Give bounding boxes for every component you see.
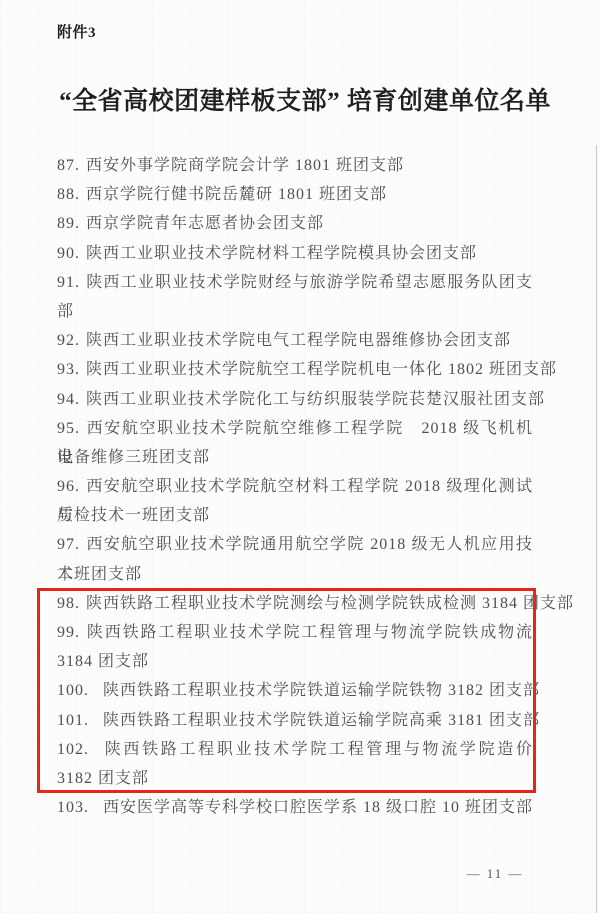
list-item-99-cont: 3184 团支部 — [57, 647, 533, 676]
list-item-95-cont: 设备维修三班团支部 — [57, 443, 533, 472]
item-number: 91. — [57, 274, 80, 291]
page-edge-line — [596, 145, 597, 913]
document-page: 附件3 “全省高校团建样板支部” 培育创建单位名单 87.西安外事学院商学院会计… — [0, 0, 600, 913]
item-number: 97. — [57, 536, 80, 553]
list-item-100: 100.陕西铁路工程职业技术学院铁道运输学院铁物 3182 团支部 — [57, 676, 533, 705]
item-number: 88. — [57, 186, 80, 203]
item-text: 西安外事学院商学院会计学 1801 班团支部 — [86, 157, 404, 174]
list-item-92: 92.陕西工业职业技术学院电气工程学院电器维修协会团支部 — [57, 326, 533, 355]
item-text: 陕西工业职业技术学院电气工程学院电器维修协会团支部 — [86, 332, 511, 349]
page-number: — 11 — — [445, 866, 545, 882]
item-text: 西京学院行健书院岳麓研 1801 班团支部 — [86, 186, 387, 203]
item-text: 陕西工业职业技术学院航空工程学院机电一体化 1802 班团支部 — [86, 361, 557, 378]
item-text: 陕西铁路工程职业技术学院工程管理与物流学院铁成物流 — [86, 624, 533, 641]
attachment-label: 附件3 — [57, 21, 96, 42]
item-number: 101. — [57, 706, 103, 735]
item-number: 94. — [57, 391, 80, 408]
list-item-101: 101.陕西铁路工程职业技术学院铁道运输学院高乘 3181 团支部 — [57, 706, 533, 735]
item-text: 陕西工业职业技术学院材料工程学院模具协会团支部 — [86, 245, 477, 262]
list-item-99: 99.陕西铁路工程职业技术学院工程管理与物流学院铁成物流 — [57, 618, 533, 647]
list-item-94: 94.陕西工业职业技术学院化工与纺织服装学院苌楚汉服社团支部 — [57, 385, 533, 414]
item-number: 95. — [57, 420, 80, 437]
item-text: 西京学院青年志愿者协会团支部 — [86, 215, 324, 232]
list-item-93: 93.陕西工业职业技术学院航空工程学院机电一体化 1802 班团支部 — [57, 355, 533, 384]
item-number: 93. — [57, 361, 80, 378]
item-text: 陕西铁路工程职业技术学院工程管理与物流学院造价 — [103, 741, 533, 758]
list-item-96-cont: 质检技术一班团支部 — [57, 501, 533, 530]
list-item-89: 89.西京学院青年志愿者协会团支部 — [57, 209, 533, 238]
item-number: 99. — [57, 624, 80, 641]
item-text: 陕西铁路工程职业技术学院铁道运输学院铁物 3182 团支部 — [103, 682, 540, 699]
list-item-103: 103.西安医学高等专科学校口腔医学系 18 级口腔 10 班团支部 — [57, 793, 533, 822]
list-item-96: 96.西安航空职业技术学院航空材料工程学院 2018 级理化测试与 — [57, 472, 533, 501]
list-item-88: 88.西京学院行健书院岳麓研 1801 班团支部 — [57, 180, 533, 209]
item-number: 100. — [57, 676, 103, 705]
item-number: 90. — [57, 245, 80, 262]
list-item-97-cont: 二班团支部 — [57, 560, 533, 589]
item-text: 陕西工业职业技术学院化工与纺织服装学院苌楚汉服社团支部 — [86, 391, 545, 408]
list-item-97: 97.西安航空职业技术学院通用航空学院 2018 级无人机应用技术 — [57, 530, 533, 559]
list-item-102-cont: 3182 团支部 — [57, 764, 533, 793]
list-item-90: 90.陕西工业职业技术学院材料工程学院模具协会团支部 — [57, 239, 533, 268]
list-item-91-cont: 部 — [57, 297, 533, 326]
item-number: 96. — [57, 478, 80, 495]
item-number: 92. — [57, 332, 80, 349]
item-number: 87. — [57, 157, 80, 174]
item-number: 102. — [57, 735, 103, 764]
item-number: 98. — [57, 595, 80, 612]
list-item-95: 95.西安航空职业技术学院航空维修工程学院 2018 级飞机机电 — [57, 414, 533, 443]
item-text: 陕西铁路工程职业技术学院铁道运输学院高乘 3181 团支部 — [103, 712, 540, 729]
list-item-102: 102.陕西铁路工程职业技术学院工程管理与物流学院造价 — [57, 735, 533, 764]
list-item-87: 87.西安外事学院商学院会计学 1801 班团支部 — [57, 151, 533, 180]
item-text: 西安医学高等专科学校口腔医学系 18 级口腔 10 班团支部 — [103, 799, 533, 816]
list-item-91: 91.陕西工业职业技术学院财经与旅游学院希望志愿服务队团支 — [57, 268, 533, 297]
item-text: 陕西铁路工程职业技术学院测绘与检测学院铁成检测 3184 团支部 — [86, 595, 574, 612]
list-item-98: 98.陕西铁路工程职业技术学院测绘与检测学院铁成检测 3184 团支部 — [57, 589, 533, 618]
item-text: 陕西工业职业技术学院财经与旅游学院希望志愿服务队团支 — [86, 274, 533, 291]
item-number: 89. — [57, 215, 80, 232]
branch-list: 87.西安外事学院商学院会计学 1801 班团支部88.西京学院行健书院岳麓研 … — [57, 151, 533, 822]
item-number: 103. — [57, 793, 103, 822]
page-title: “全省高校团建样板支部” 培育创建单位名单 — [0, 81, 600, 117]
